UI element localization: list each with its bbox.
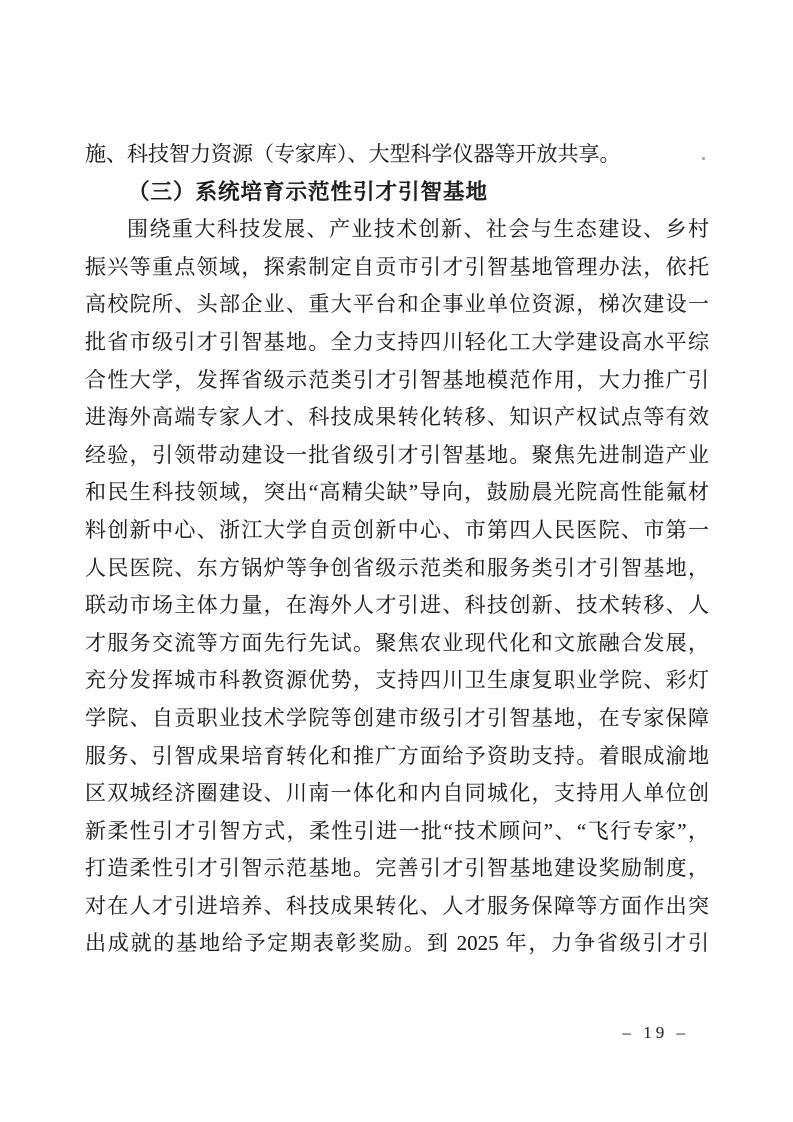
text-line: 区双城经济圈建设、川南一体化和内自同城化，支持用人单位创	[85, 775, 709, 813]
text-line: 经验，引领带动建设一批省级引才引智基地。聚焦先进制造产业	[85, 437, 709, 475]
text-line: 联动市场主体力量，在海外人才引进、科技创新、技术转移、人	[85, 587, 709, 625]
text-line: 新柔性引才引智方式，柔性引进一批“技术顾问”、“飞行专家”，	[85, 813, 709, 851]
section-heading: （三）系统培育示范性引才引智基地	[85, 174, 709, 212]
text-line: 学院、自贡职业技术学院等创建市级引才引智基地，在专家保障	[85, 700, 709, 738]
text-line: 服务、引智成果培育转化和推广方面给予资助支持。着眼成渝地	[85, 738, 709, 776]
text-line: 打造柔性引才引智示范基地。完善引才引智基地建设奖励制度，	[85, 850, 709, 888]
text-line: 进海外高端专家人才、科技成果转化转移、知识产权试点等有效	[85, 399, 709, 437]
text-line: 人民医院、东方锅炉等争创省级示范类和服务类引才引智基地，	[85, 550, 709, 588]
document-body: 施、科技智力资源（专家库）、大型科学仪器等开放共享。（三）系统培育示范性引才引智…	[85, 136, 709, 963]
text-line: 批省市级引才引智基地。全力支持四川轻化工大学建设高水平综	[85, 324, 709, 362]
text-line: 出成就的基地给予定期表彰奖励。到 2025 年，力争省级引才引	[85, 925, 709, 963]
text-line: 高校院所、头部企业、重大平台和企事业单位资源，梯次建设一	[85, 286, 709, 324]
text-line: 和民生科技领域，突出“高精尖缺”导向，鼓励晨光院高性能氟材	[85, 474, 709, 512]
text-line: 对在人才引进培养、科技成果转化、人才服务保障等方面作出突	[85, 888, 709, 926]
document-page: 施、科技智力资源（专家库）、大型科学仪器等开放共享。（三）系统培育示范性引才引智…	[0, 0, 793, 1122]
text-line: 振兴等重点领域，探索制定自贡市引才引智基地管理办法，依托	[85, 249, 709, 287]
scan-speck	[702, 157, 705, 160]
text-line: 充分发挥城市科教资源优势，支持四川卫生康复职业学院、彩灯	[85, 662, 709, 700]
text-line: 围绕重大科技发展、产业技术创新、社会与生态建设、乡村	[85, 211, 709, 249]
text-line: 才服务交流等方面先行先试。聚焦农业现代化和文旅融合发展，	[85, 625, 709, 663]
text-line: 合性大学，发挥省级示范类引才引智基地模范作用，大力推广引	[85, 362, 709, 400]
page-number: – 19 –	[623, 1023, 690, 1043]
text-line: 施、科技智力资源（专家库）、大型科学仪器等开放共享。	[85, 136, 709, 174]
text-line: 料创新中心、浙江大学自贡创新中心、市第四人民医院、市第一	[85, 512, 709, 550]
